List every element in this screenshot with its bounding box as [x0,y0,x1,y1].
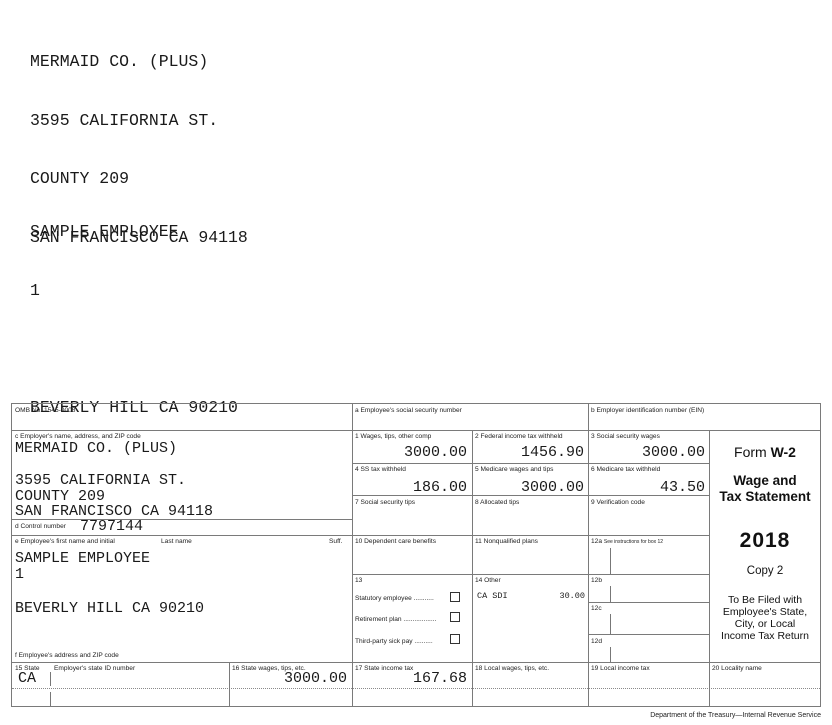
filing-note-line: City, or Local [710,618,820,630]
filing-note-line: Employee's State, [710,606,820,618]
filing-note-line: To Be Filed with [710,594,820,606]
third-party-sick-pay-label: Third-party sick pay .......... [355,638,433,646]
box-4-value: 186.00 [355,480,467,496]
box-14-code: CA SDI [477,591,508,601]
box-11-label: 11 Nonqualified plans [475,538,538,546]
divider [588,634,709,635]
form-subtitle: Wage and Tax Statement [710,473,820,505]
subtitle-line: Wage and [710,473,820,489]
box-19-label: 19 Local income tax [591,665,650,673]
box-14-amount: 30.00 [522,591,585,601]
box-12a-label: 12a See instructions for box 12 [591,538,663,546]
divider [352,535,709,536]
divider [588,602,709,603]
box-6-label: 6 Medicare tax withheld [591,466,660,474]
employee-mailing-line [30,339,238,359]
box-12d-code-separator [610,647,611,662]
omb-number: OMB No. 1545-0008 [15,407,75,415]
box-3-label: 3 Social security wages [591,433,660,441]
filing-note-line: Income Tax Return [710,630,820,642]
employer-mailing-line: 3595 CALIFORNIA ST. [30,111,248,131]
box-1-label: 1 Wages, tips, other comp [355,433,431,441]
box-12d-label: 12d [591,638,602,646]
divider [472,430,473,662]
divider [352,574,709,575]
box-13-label: 13 [355,577,362,585]
divider [352,662,353,707]
box-16-value: 3000.00 [232,671,347,687]
box-e-first-label: e Employee's first name and initial [15,538,115,546]
box-12c-code-separator [610,614,611,634]
employer-mailing-line: MERMAID CO. (PLUS) [30,52,248,72]
state-id-separator [50,692,51,706]
divider [352,404,353,662]
box-2-value: 1456.90 [475,445,584,461]
divider [588,404,589,662]
box-5-label: 5 Medicare wages and tips [475,466,553,474]
box-e-line: SAMPLE EMPLOYEE [15,551,150,567]
form-name: W-2 [771,444,796,460]
tax-year: 2018 [710,529,820,553]
employee-mailing-line: SAMPLE EMPLOYEE [30,222,238,242]
divider [229,662,230,707]
box-2-label: 2 Federal income tax withheld [475,433,563,441]
divider [12,662,820,663]
box-12a-code-separator [610,548,611,574]
box-6-value: 43.50 [591,480,705,496]
box-a-label: a Employee's social security number [355,407,462,415]
box-4-label: 4 SS tax withheld [355,466,406,474]
box-d-value: 7797144 [80,519,143,535]
box-c-line: 3595 CALIFORNIA ST. [15,473,186,489]
form-prefix: Form [734,444,771,460]
box-14-label: 14 Other [475,577,501,585]
w2-form: OMB No. 1545-0008 a Employee's social se… [11,403,821,707]
box-15-state-value: CA [18,671,36,687]
employee-mailing-address: SAMPLE EMPLOYEE 1 BEVERLY HILL CA 90210 [30,183,238,437]
box-12a-note: See instructions for box 12 [604,539,663,545]
divider [709,662,710,707]
dotted-divider [12,688,820,689]
state-id-separator [50,672,51,686]
divider [12,535,352,536]
subtitle-line: Tax Statement [710,489,820,505]
retirement-plan-checkbox[interactable] [450,612,460,622]
divider [472,662,473,707]
box-12b-label: 12b [591,577,602,585]
statutory-employee-checkbox[interactable] [450,592,460,602]
employee-mailing-line: 1 [30,281,238,301]
box-e-suffix-label: Suff. [329,538,342,546]
retirement-plan-label: Retirement plan .................. [355,616,436,624]
box-12c-label: 12c [591,605,602,613]
form-title: Form W-2 [710,444,820,460]
box-5-value: 3000.00 [475,480,584,496]
box-18-label: 18 Local wages, tips, etc. [475,665,549,673]
box-e-line: 1 [15,567,24,583]
box-12a-number: 12a [591,538,602,545]
statutory-employee-label: Statutory employee ........... [355,595,434,603]
filing-note: To Be Filed with Employee's State, City,… [710,594,820,642]
box-8-label: 8 Allocated tips [475,499,519,507]
box-d-label: d Control number [15,523,66,531]
box-12b-code-separator [610,586,611,602]
box-1-value: 3000.00 [355,445,467,461]
box-e-line: BEVERLY HILL CA 90210 [15,601,204,617]
box-7-label: 7 Social security tips [355,499,415,507]
copy-label: Copy 2 [710,565,820,577]
divider [588,662,589,707]
box-e-last-label: Last name [161,538,192,546]
box-20-label: 20 Locality name [712,665,762,673]
box-c-line: MERMAID CO. (PLUS) [15,441,177,457]
box-17-value: 167.68 [355,671,467,687]
box-3-value: 3000.00 [591,445,705,461]
third-party-sick-pay-checkbox[interactable] [450,634,460,644]
box-f-label: f Employee's address and ZIP code [15,652,119,660]
box-9-label: 9 Verification code [591,499,645,507]
divider [12,430,820,431]
form-footer: Department of the Treasury—Internal Reve… [600,712,821,720]
box-b-label: b Employer identification number (EIN) [591,407,704,415]
box-10-label: 10 Dependent care benefits [355,538,436,546]
box-15-id-label: Employer's state ID number [54,665,135,673]
divider [352,463,709,464]
